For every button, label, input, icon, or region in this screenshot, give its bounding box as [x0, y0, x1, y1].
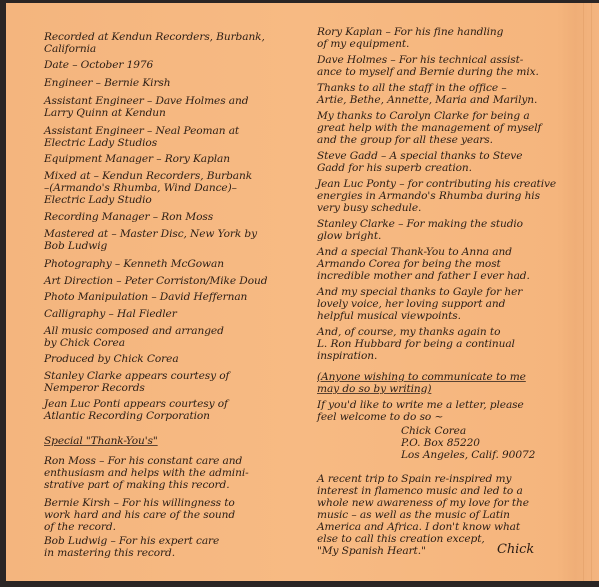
address-city: Los Angeles, Calif. 90072	[317, 449, 599, 461]
credit-mixed-at: Mixed at – Kendun Recorders, Burbank –(A…	[44, 170, 296, 206]
credit-recorded: Recorded at Kendun Recorders, Burbank, C…	[44, 31, 296, 55]
thanks-l-ron-hubbard: And, of course, my thanks again to L. Ro…	[317, 326, 567, 362]
liner-notes-sheet: Recorded at Kendun Recorders, Burbank, C…	[6, 3, 599, 581]
address-name: Chick Corea	[317, 425, 599, 437]
address-po-box: P.O. Box 85220	[317, 437, 599, 449]
credit-engineer: Engineer – Bernie Kirsh	[44, 77, 296, 89]
credit-composed-arranged: All music composed and arranged by Chick…	[44, 325, 296, 349]
thanks-parents: And a special Thank-You to Anna and Arma…	[317, 246, 567, 282]
credit-stanley-clarke-courtesy: Stanley Clarke appears courtesy of Nempe…	[44, 370, 296, 394]
contact-text: If you'd like to write me a letter, plea…	[317, 399, 567, 423]
credit-calligraphy: Calligraphy – Hal Fiedler	[44, 308, 296, 320]
thanks-bob-ludwig: Bob Ludwig – For his expert care in mast…	[44, 535, 296, 559]
signature: Chick	[497, 544, 534, 556]
credit-equipment-manager: Equipment Manager – Rory Kaplan	[44, 153, 296, 165]
thanks-jean-luc-ponty: Jean Luc Ponty – for contributing his cr…	[317, 178, 567, 214]
special-thanks-heading: Special "Thank-You's"	[44, 435, 296, 447]
credit-produced-by: Produced by Chick Corea	[44, 353, 296, 365]
thanks-carolyn-clarke: My thanks to Carolyn Clarke for being a …	[317, 110, 567, 146]
contact-heading: (Anyone wishing to communicate to me may…	[317, 371, 567, 395]
credit-assistant-engineer: Assistant Engineer – Dave Holmes and Lar…	[44, 95, 296, 119]
thanks-gayle: And my special thanks to Gayle for her l…	[317, 286, 567, 322]
thanks-rory-kaplan: Rory Kaplan – For his fine handling of m…	[317, 26, 567, 50]
thanks-office-staff: Thanks to all the staff in the office – …	[317, 82, 567, 106]
thanks-stanley-clarke: Stanley Clarke – For making the studio g…	[317, 218, 567, 242]
credit-mastered-at: Mastered at – Master Disc, New York by B…	[44, 228, 296, 252]
sleeve-edge-line	[591, 3, 592, 581]
credit-jean-luc-ponti-courtesy: Jean Luc Ponti appears courtesy of Atlan…	[44, 398, 296, 422]
thanks-ron-moss: Ron Moss – For his constant care and ent…	[44, 455, 296, 491]
credit-photo-manipulation: Photo Manipulation – David Heffernan	[44, 291, 296, 303]
credit-photography: Photography – Kenneth McGowan	[44, 258, 296, 270]
thanks-steve-gadd: Steve Gadd – A special thanks to Steve G…	[317, 150, 567, 174]
credit-art-direction: Art Direction – Peter Corriston/Mike Dou…	[44, 275, 296, 287]
credit-date: Date – October 1976	[44, 59, 296, 71]
sleeve-edge-line	[583, 3, 584, 581]
thanks-bernie-kirsh: Bernie Kirsh – For his willingness to wo…	[44, 497, 296, 533]
credit-recording-manager: Recording Manager – Ron Moss	[44, 211, 296, 223]
thanks-dave-holmes: Dave Holmes – For his technical assist- …	[317, 54, 567, 78]
credit-assistant-engineer-2: Assistant Engineer – Neal Peoman at Elec…	[44, 125, 296, 149]
